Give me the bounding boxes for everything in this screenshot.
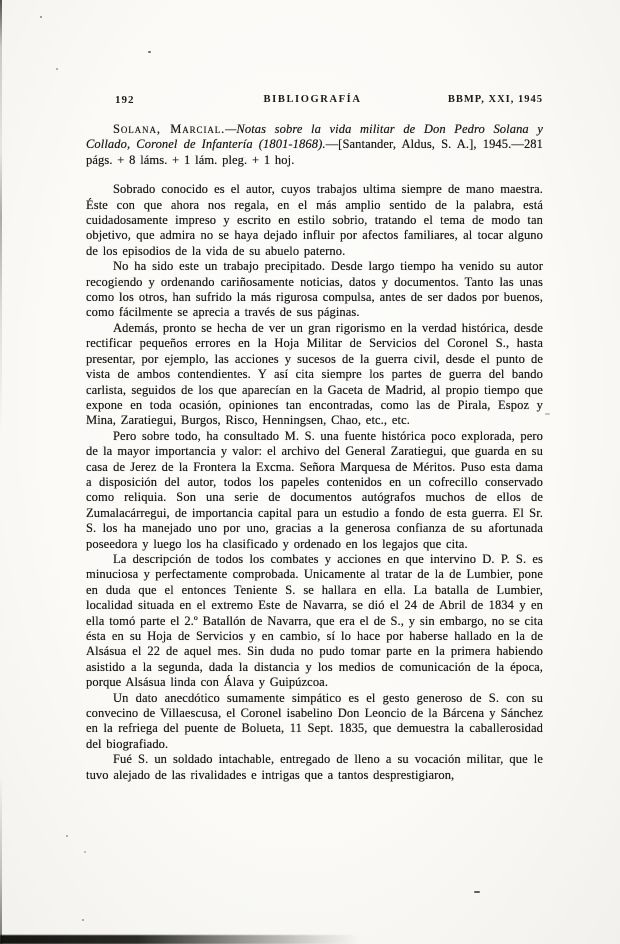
body-paragraph: Además, pronto se hecha de ver un gran r…	[86, 321, 543, 429]
scan-bottom-band-artifact	[0, 935, 360, 944]
body-paragraph: Sobrado conocido es el autor, cuyos trab…	[86, 182, 543, 259]
scan-speck	[40, 16, 42, 18]
scan-speck	[56, 68, 58, 70]
body-paragraph: Un dato anecdótico sumamente simpático e…	[86, 691, 543, 753]
running-head: 192 BIBLIOGRAFÍA BBMP, XXI, 1945	[86, 94, 543, 110]
scan-speck	[148, 51, 151, 53]
bibliography-entry: Solana, Marcial.—Notas sobre la vida mil…	[86, 122, 543, 168]
body-paragraph: Pero sobre todo, ha consultado M. S. una…	[86, 429, 543, 552]
page-number: 192	[115, 94, 135, 106]
scan-edge-artifact	[0, 0, 2, 944]
scan-speck	[545, 413, 550, 415]
body-paragraph: La descripción de todos los combates y a…	[86, 552, 543, 691]
entry-author: Solana, Marcial.	[113, 122, 225, 136]
scan-speck	[66, 835, 68, 837]
volume-reference: BBMP, XXI, 1945	[448, 94, 543, 105]
scanned-page: 192 BIBLIOGRAFÍA BBMP, XXI, 1945 Solana,…	[0, 0, 620, 944]
scan-speck	[82, 919, 84, 921]
scan-speck	[84, 851, 86, 853]
body-paragraph: No ha sido este un trabajo precipitado. …	[86, 259, 543, 321]
section-title: BIBLIOGRAFÍA	[264, 94, 362, 105]
article-body: Solana, Marcial.—Notas sobre la vida mil…	[86, 122, 543, 783]
body-paragraph: Fué S. un soldado intachable, entregado …	[86, 752, 543, 783]
scan-speck	[474, 891, 480, 893]
